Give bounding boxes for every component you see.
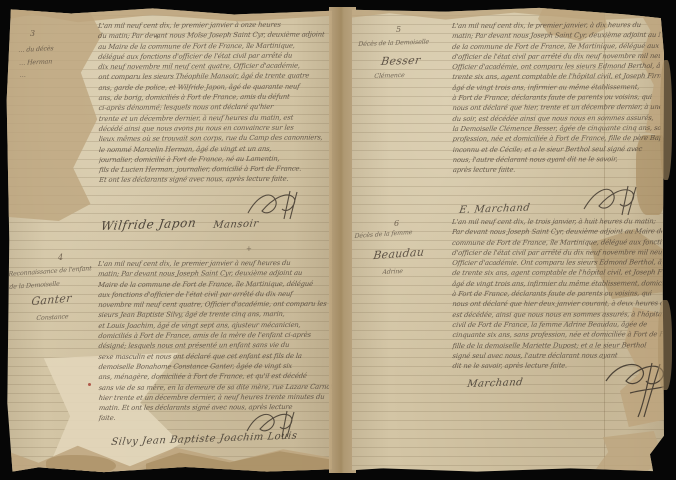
handwriting-line: ans, ménagère, domiciliée à Fort de Fran…	[98, 371, 333, 383]
right-page: 5 Décès de la Demoiselle Besser Clémence…	[352, 7, 664, 473]
cross-mark: +	[246, 245, 252, 253]
act1-body: L'an mil neuf cent dix, le premier janvi…	[452, 20, 661, 176]
margin-note-act1: Décès de la Demoiselle	[358, 36, 454, 52]
left-page: 3 + … du décès… Herman… L'an mil neuf ce…	[6, 7, 332, 473]
red-mark	[88, 383, 91, 386]
margin-name-besser: Besser	[380, 54, 421, 68]
handwriting-line: Constance	[36, 309, 107, 325]
act-number: 4	[58, 253, 63, 262]
margin-note-tail: Constance	[36, 309, 107, 325]
handwriting-line: Et ont les déclarants signé avec nous, a…	[99, 174, 334, 186]
signature-marchand: Marchand	[466, 377, 523, 390]
act1-body: L'an mil neuf cent dix, le premier janvi…	[98, 19, 333, 185]
handwriting-line: cinquante six ans, sans profession, née …	[452, 330, 663, 341]
handwriting-line: nous ont déclaré que hier deux janvier c…	[452, 299, 663, 310]
signature-japon: Wilfride Japon	[100, 216, 197, 233]
margin-name-ganter: Ganter	[31, 291, 72, 308]
handwriting-line: Par devant nous Joseph Saint Cyr, deuxiè…	[451, 227, 662, 238]
tape-patch	[352, 7, 664, 21]
handwriting-line: Adrine	[382, 263, 453, 279]
margin-note-act2: Décès de la femme	[354, 224, 451, 243]
tape-patch	[46, 455, 116, 475]
margin-note-tail: Adrine	[382, 263, 453, 279]
tape-patch	[660, 60, 672, 180]
handwriting-line: matin; Par devant nous Joseph Saint Cyr,…	[451, 30, 660, 41]
spine-tape	[329, 7, 356, 473]
handwriting-line: trente six ans, agent comptable de l'hôp…	[452, 71, 661, 82]
handwriting-line: commune de Fort de France, île Martiniqu…	[451, 237, 662, 248]
act-number: 6	[394, 219, 399, 228]
handwriting-line: est décédée, ainsi que nous nous en somm…	[452, 309, 663, 320]
signature-marchand: E. Marchand	[458, 203, 530, 217]
tape-patch	[658, 300, 672, 390]
act-number: 5	[396, 25, 401, 34]
tape-patch	[596, 431, 664, 473]
handwriting-line: fille de la demoiselle Mariette Dupost; …	[452, 340, 663, 351]
handwriting-line: profession, née et domiciliée à Fort de …	[452, 133, 661, 144]
paraph-signature	[580, 183, 644, 217]
register-scan: 3 + … du décès… Herman… L'an mil neuf ce…	[0, 0, 676, 480]
handwriting-line: de trente six ans, agent comptable de l'…	[452, 268, 663, 279]
signature-mansoir: Mansoir	[212, 218, 259, 231]
handwriting-line: désigné; lesquels nous ont présenté un e…	[98, 340, 333, 352]
margin-note-tail: Clémence	[374, 68, 450, 83]
act-number: 3	[30, 29, 35, 38]
margin-note-act2: Reconnaissance de l'enfantde la Demoisel…	[8, 263, 102, 294]
handwriting-line: Clémence	[374, 68, 451, 83]
handwriting-line: nous ont déclaré que hier, trente et un …	[452, 102, 661, 113]
paraph-signature	[244, 189, 306, 221]
handwriting-line: Décès de la Demoiselle	[358, 36, 455, 52]
handwriting-line: matin; Par devant nous Joseph Saint Cyr,…	[97, 268, 332, 280]
handwriting-line: après lecture faite.	[452, 164, 661, 175]
act2-body: L'an mil neuf cent dix, le premier janvi…	[98, 258, 333, 424]
margin-note-act1: … du décès… Herman…	[18, 41, 102, 83]
handwriting-line: Décès de la femme	[354, 224, 450, 243]
margin-name-beaudau: Beaudau	[373, 245, 425, 262]
act2-body: L'an mil neuf cent dix, le trois janvier…	[452, 216, 663, 371]
